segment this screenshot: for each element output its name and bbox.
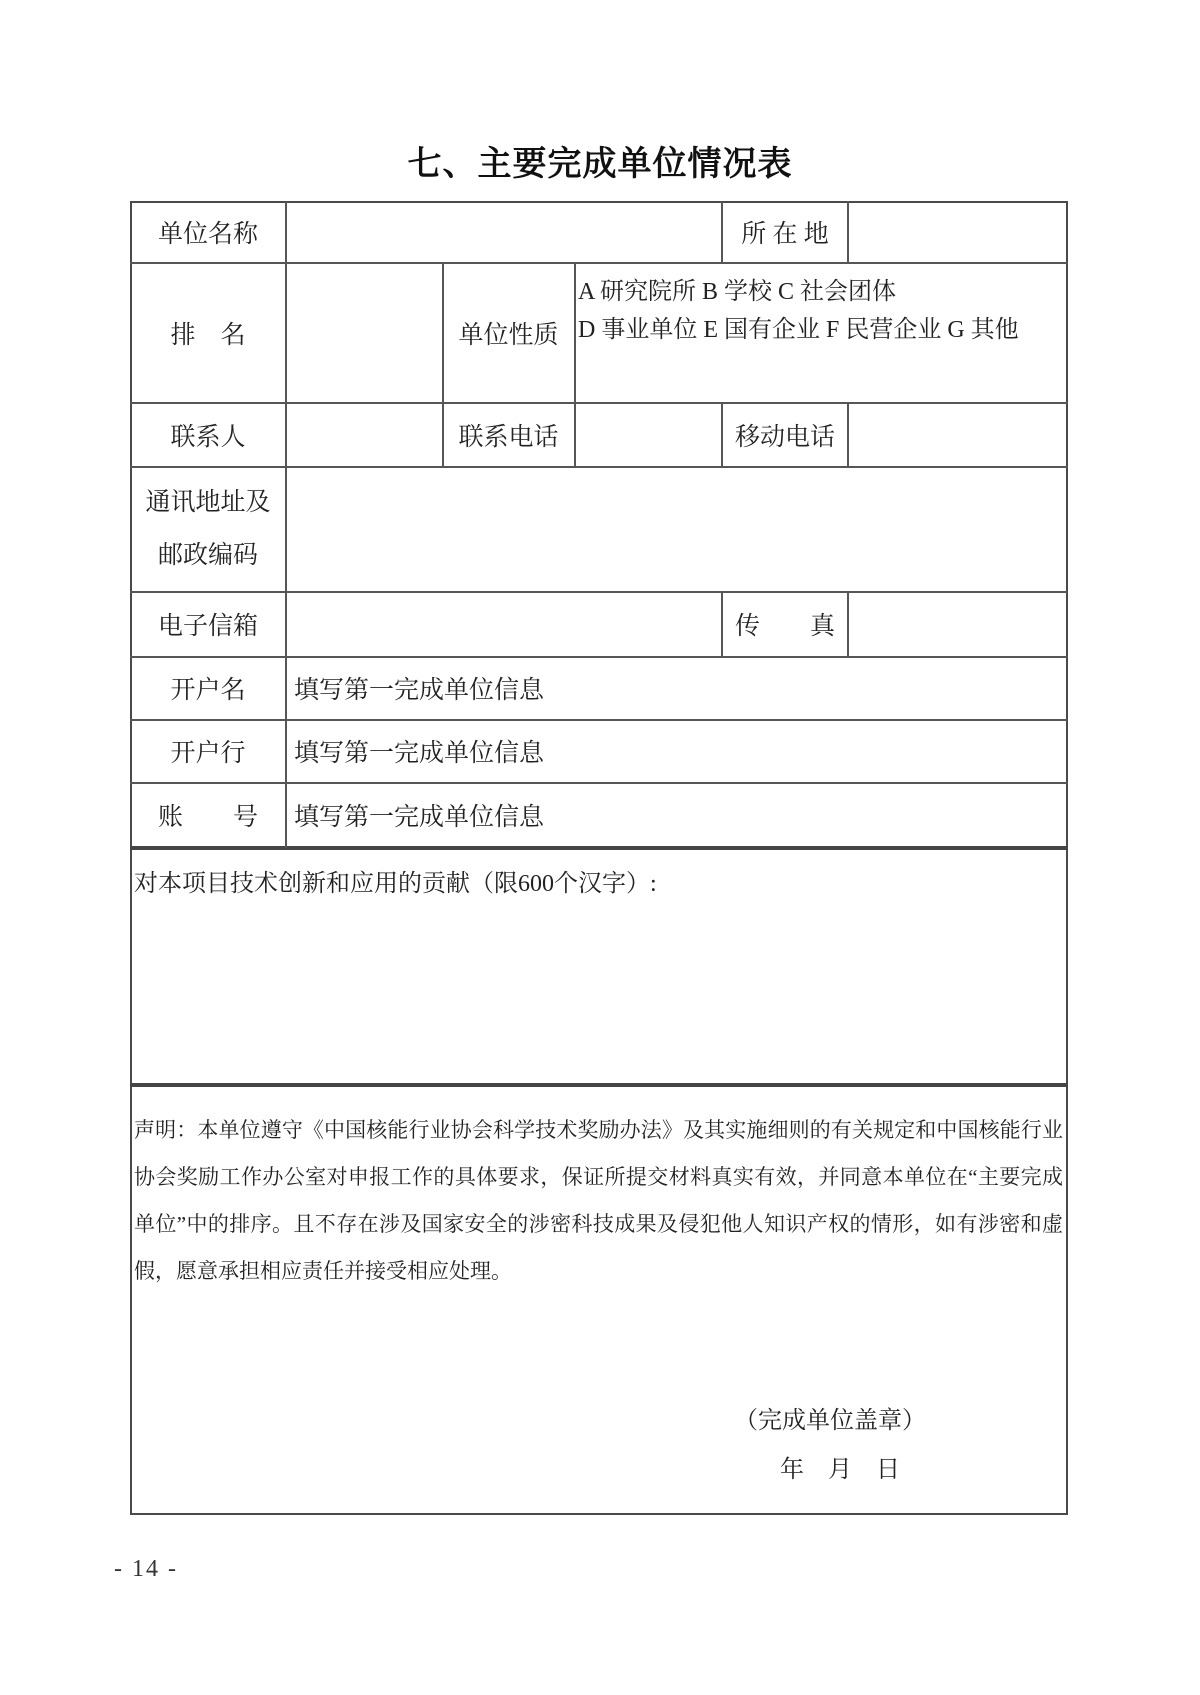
unit-nature-options: A 研究院所 B 学校 C 社会团体 D 事业单位 E 国有企业 F 民营企业 … (578, 273, 1062, 349)
rank-label: 排 名 (130, 263, 286, 403)
address-label-line2: 邮政编码 (158, 529, 258, 582)
email-field[interactable] (288, 594, 720, 654)
contact-label: 联系人 (130, 403, 286, 467)
fax-label: 传 真 (722, 592, 848, 656)
address-label-line1: 通讯地址及 (145, 476, 270, 529)
unit-name-label: 单位名称 (130, 201, 286, 263)
contact-field[interactable] (288, 405, 441, 465)
rank-field[interactable] (288, 265, 441, 401)
mobile-label: 移动电话 (722, 403, 848, 467)
unit-name-field[interactable] (288, 204, 720, 261)
phone-label: 联系电话 (443, 403, 574, 467)
account-number-value: 填写第一完成单位信息 (294, 783, 1060, 846)
contribution-label: 对本项目技术创新和应用的贡献（限600个汉字）: (134, 867, 1054, 901)
phone-field[interactable] (577, 405, 720, 465)
address-field[interactable] (288, 469, 1064, 589)
account-name-value: 填写第一完成单位信息 (294, 657, 1060, 719)
account-number-label: 账 号 (130, 783, 286, 846)
document-page: 七、主要完成单位情况表 单位名称 所 在 地 排 名 单位性质 A 研 (0, 0, 1200, 1695)
unit-nature-options-line2: D 事业单位 E 国有企业 F 民营企业 G 其他 (578, 311, 1062, 349)
location-field[interactable] (850, 204, 1064, 261)
mobile-field[interactable] (850, 405, 1064, 465)
bank-value: 填写第一完成单位信息 (294, 720, 1060, 782)
date-line: 年 月 日 (680, 1453, 1000, 1487)
seal-note: （完成单位盖章） (670, 1404, 990, 1438)
grid-line-row8-thick (130, 846, 1068, 850)
grid-line-col-b (574, 262, 576, 468)
location-label: 所 在 地 (722, 201, 848, 263)
page-title: 七、主要完成单位情况表 (0, 144, 1200, 184)
bank-label: 开户行 (130, 720, 286, 782)
fax-field[interactable] (850, 594, 1064, 654)
email-label: 电子信箱 (130, 592, 286, 656)
page-number: - 14 - (114, 1556, 178, 1583)
unit-info-table: 单位名称 所 在 地 排 名 单位性质 A 研究院所 B 学校 C 社会团体 D… (130, 201, 1068, 1515)
unit-nature-options-line1: A 研究院所 B 学校 C 社会团体 (578, 273, 1062, 311)
grid-line-row9-thick (130, 1083, 1068, 1087)
unit-nature-label: 单位性质 (443, 263, 574, 403)
address-label: 通讯地址及 邮政编码 (130, 467, 286, 591)
account-name-label: 开户名 (130, 657, 286, 719)
contribution-field[interactable] (134, 911, 1062, 1079)
declaration-text: 声明：本单位遵守《中国核能行业协会科学技术奖励办法》及其实施细则的有关规定和中国… (134, 1107, 1063, 1295)
